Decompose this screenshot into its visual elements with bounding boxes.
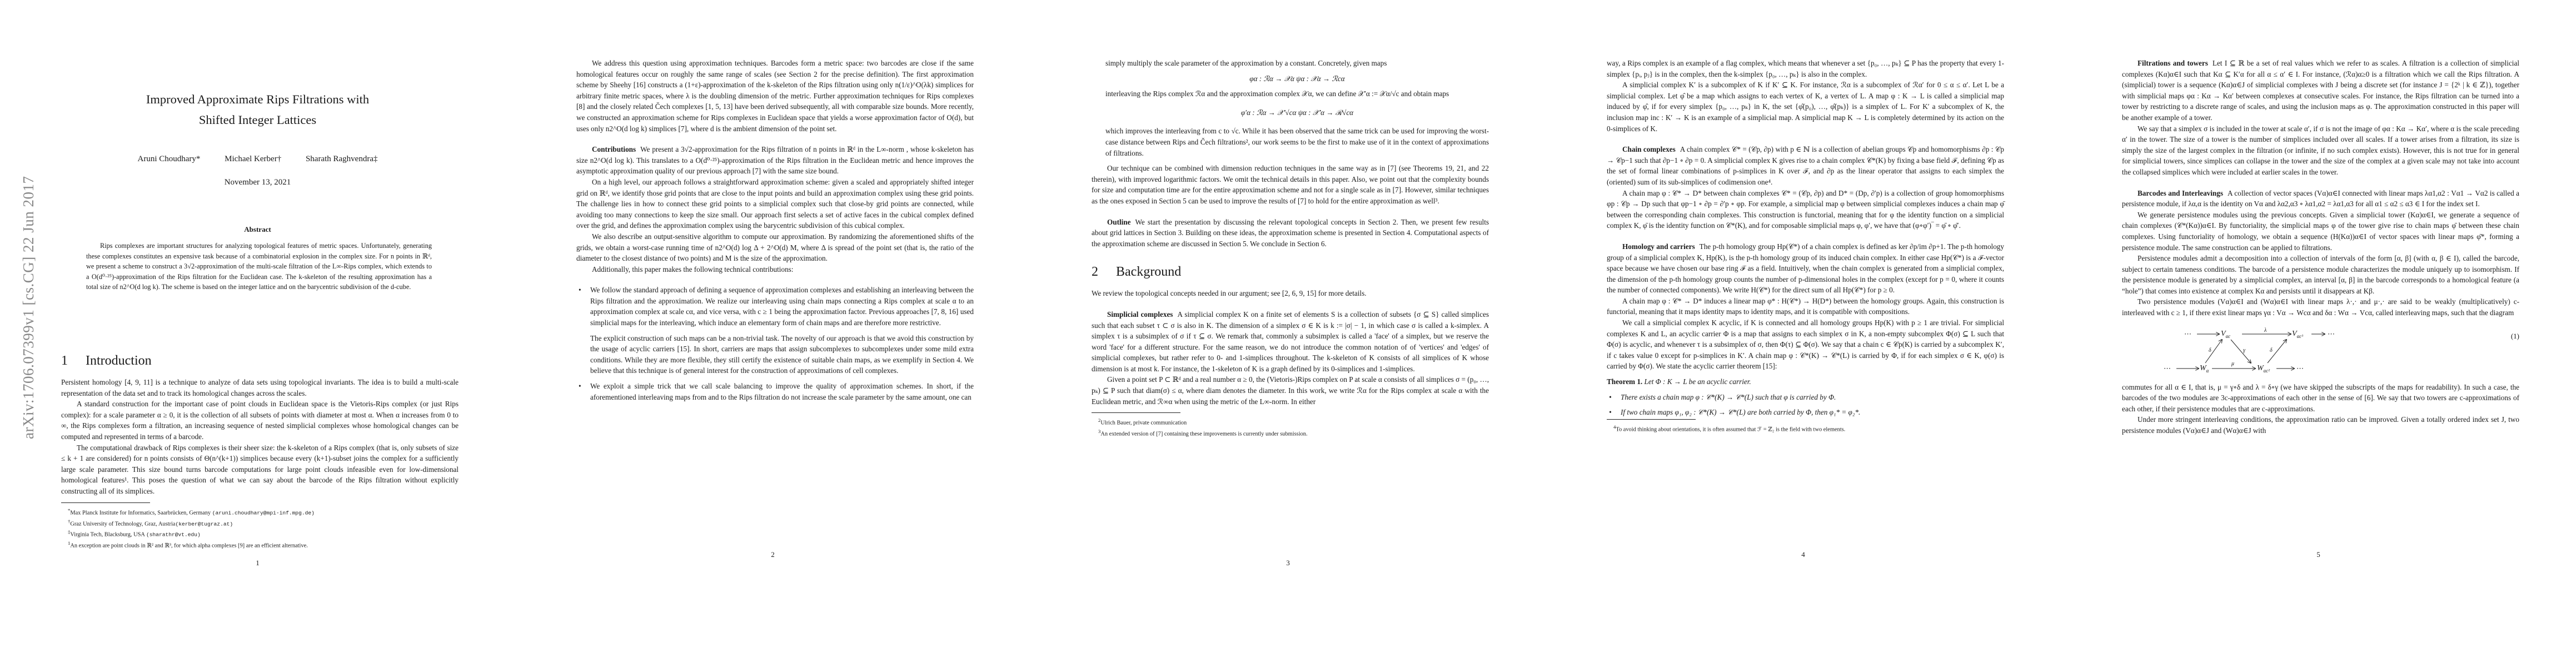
paragraph: We review the topological concepts neede… xyxy=(1092,288,1489,299)
theorem-label: Theorem 1. xyxy=(1607,377,1642,386)
title-line-2: Shifted Integer Lattices xyxy=(0,109,515,130)
paragraph: simply multiply the scale parameter of t… xyxy=(1105,58,1489,69)
paragraph-filtrations: Filtrations and towersLet I ⊆ ℝ be a set… xyxy=(2122,58,2519,123)
runin-heading: Barcodes and Interleavings xyxy=(2137,189,2223,197)
paragraph: We address this question using approxima… xyxy=(576,58,974,134)
paragraph: Persistent homology [4, 9, 11] is a tech… xyxy=(61,377,459,399)
footnote: †Graz University of Technology, Graz, Au… xyxy=(61,517,459,529)
footnote: *Max Planck Institute for Informatics, S… xyxy=(61,506,459,517)
paragraph-chain-complexes: Chain complexesA chain complex 𝒞* = (𝒞p,… xyxy=(1607,144,2004,187)
runin-heading: Contributions xyxy=(592,145,636,153)
page-2-body: We address this question using approxima… xyxy=(576,58,974,402)
diagram-node-w-a: Wα xyxy=(2200,363,2209,376)
section-number: 2 xyxy=(1092,263,1116,280)
paragraph: We generate persistence modules using th… xyxy=(2122,210,2519,253)
diagram-node-v-ac: Vαc xyxy=(2221,328,2230,342)
paragraph-outline: OutlineWe start the presentation by disc… xyxy=(1092,217,1489,250)
email-link[interactable]: (aruni.choudhary@mpi-inf.mpg.de) xyxy=(212,510,315,516)
abstract-text: Rips complexes are important structures … xyxy=(86,241,432,292)
paragraph: Our technique can be combined with dimen… xyxy=(1092,163,1489,206)
paragraph-contributions: ContributionsWe present a 3√2-approximat… xyxy=(576,144,974,177)
runin-heading: Simplicial complexes xyxy=(1107,310,1173,318)
page-4-body: way, a Rips complex is an example of a f… xyxy=(1607,58,2004,434)
runin-heading: Chain complexes xyxy=(1622,145,1676,153)
diagram-dots: ⋯ xyxy=(2328,328,2335,340)
paragraph: We also describe an output-sensitive alg… xyxy=(576,231,974,264)
footnote-rule xyxy=(61,502,150,503)
title-line-1: Improved Approximate Rips Filtrations wi… xyxy=(0,89,515,109)
paragraph: which improves the interleaving from c t… xyxy=(1105,126,1489,158)
paragraph-homology: Homology and carriersThe p-th homology g… xyxy=(1607,241,2004,296)
paragraph-simplicial: Simplicial complexesA simplicial complex… xyxy=(1092,309,1489,375)
footnote-rule xyxy=(1092,412,1180,413)
paragraph: Given a point set P ⊂ ℝᵈ and a real numb… xyxy=(1092,374,1489,407)
paragraph-barcodes: Barcodes and InterleavingsA collection o… xyxy=(2122,188,2519,210)
equation: φ′α : ℛα → 𝒳′√cα ψα : 𝒳′α → ℛ√cα xyxy=(1105,107,1489,118)
diagram-dots: ⋯ xyxy=(2184,328,2191,340)
author-list: Aruni Choudhary* Michael Kerber† Sharath… xyxy=(0,155,515,164)
paragraph: On a high level, our approach follows a … xyxy=(576,177,974,231)
page-number: 3 xyxy=(1030,559,1546,568)
footnote: 4To avoid thinking about orientations, i… xyxy=(1607,423,2004,434)
email-link[interactable]: (kerber@tugraz.at) xyxy=(175,521,233,527)
page-3-body: simply multiply the scale parameter of t… xyxy=(1092,58,1489,439)
section-heading-introduction: 1Introduction xyxy=(61,352,459,369)
paragraph: We say that a simplex σ is included in t… xyxy=(2122,123,2519,178)
paragraph: The computational drawback of Rips compl… xyxy=(61,442,459,497)
diagram-label-mu: μ xyxy=(2231,359,2234,370)
section-number: 1 xyxy=(61,352,86,369)
paragraph: A chain map φ : 𝒞* → D* between chain co… xyxy=(1607,188,2004,231)
bullet-item: We exploit a simple trick that we call s… xyxy=(576,381,974,402)
interleaving-diagram: ⋯ Vαc λ Vαc³ ⋯ δ γ δ ⋯ Wα μ Wαc² ⋯ (1) xyxy=(2122,326,2519,376)
diagram-label-lambda: λ xyxy=(2264,325,2266,336)
paper-title: Improved Approximate Rips Filtrations wi… xyxy=(0,89,515,130)
page-1: arXiv:1706.07399v1 [cs.CG] 22 Jun 2017 I… xyxy=(0,0,515,667)
footnote-rule xyxy=(1607,419,1696,420)
page-number: 5 xyxy=(2061,550,2576,559)
page-number: 2 xyxy=(515,550,1030,559)
diagram-dots: ⋯ xyxy=(2296,363,2304,374)
arxiv-stamp: arXiv:1706.07399v1 [cs.CG] 22 Jun 2017 xyxy=(2,0,19,439)
page-5: Filtrations and towersLet I ⊆ ℝ be a set… xyxy=(2061,0,2576,667)
diagram-label-gamma: γ xyxy=(2243,345,2245,356)
section-heading-background: 2Background xyxy=(1092,263,1489,280)
theorem-bullet: If two chain maps φ₁, φ₂ : 𝒞*(K) → 𝒞*(L)… xyxy=(1607,407,2004,418)
section-title: Introduction xyxy=(86,354,152,368)
bullet-continuation: The explicit construction of such maps c… xyxy=(576,333,974,376)
page-number: 4 xyxy=(1546,550,2061,559)
paragraph: A simplicial complex K′ is a subcomplex … xyxy=(1607,79,2004,134)
author: Michael Kerber† xyxy=(225,155,281,163)
runin-heading: Homology and carriers xyxy=(1622,242,1695,251)
theorem: Theorem 1. Let Φ : K → L be an acyclic c… xyxy=(1607,376,2004,387)
page-1-body: 1Introduction Persistent homology [4, 9,… xyxy=(61,340,459,550)
diagram-dots: ⋯ xyxy=(2164,363,2171,374)
footnote: 3An extended version of [7] containing t… xyxy=(1092,427,1489,439)
footnote: 1An exception are point clouds in ℝ² and… xyxy=(61,539,459,550)
equation-number: (1) xyxy=(2511,331,2519,342)
paragraph: Two persistence modules (Vα)α∈I and (Wα)… xyxy=(2122,296,2519,318)
author: Aruni Choudhary* xyxy=(138,155,201,163)
diagram-label-delta: δ xyxy=(2270,345,2273,356)
page-4: way, a Rips complex is an example of a f… xyxy=(1546,0,2061,667)
runin-heading: Filtrations and towers xyxy=(2137,59,2208,67)
paragraph: A standard construction for the importan… xyxy=(61,399,459,442)
diagram-node-v-ac3: Vαc³ xyxy=(2292,328,2303,342)
page-number: 1 xyxy=(0,559,515,568)
paragraph: way, a Rips complex is an example of a f… xyxy=(1607,58,2004,79)
runin-heading: Outline xyxy=(1107,218,1131,226)
paragraph: commutes for all α ∈ I, that is, μ = γ∘δ… xyxy=(2122,382,2519,415)
equation: φα : ℛα → 𝒳α ψα : 𝒳α → ℛcα xyxy=(1105,73,1489,84)
diagram-node-w-ac2: Wαc² xyxy=(2257,363,2270,376)
arxiv-identifier: arXiv:1706.07399v1 [cs.CG] 22 Jun 2017 xyxy=(20,176,37,439)
paragraph: We call a simplicial complex K acyclic, … xyxy=(1607,317,2004,372)
diagram-label-delta: δ xyxy=(2209,345,2211,356)
paragraph: Under more stringent interleaving condit… xyxy=(2122,414,2519,436)
paper-date: November 13, 2021 xyxy=(0,178,515,187)
footnote: ‡Virginia Tech, Blacksburg, USA (sharath… xyxy=(61,528,459,539)
paragraph: Persistence modules admit a decompositio… xyxy=(2122,253,2519,296)
page-2: We address this question using approxima… xyxy=(515,0,1030,667)
author: Sharath Raghvendra‡ xyxy=(306,155,378,163)
paragraph: Additionally, this paper makes the follo… xyxy=(576,264,974,275)
footnote: 2Ulrich Bauer, private communication xyxy=(1092,416,1489,427)
theorem-bullet: There exists a chain map φ : 𝒞*(K) → 𝒞*(… xyxy=(1607,392,2004,403)
pdf-spread: arXiv:1706.07399v1 [cs.CG] 22 Jun 2017 I… xyxy=(0,0,2576,667)
paragraph: interleaving the Rips complex ℛα and the… xyxy=(1105,88,1489,99)
paragraph: A chain map φ : 𝒞* → D* induces a linear… xyxy=(1607,296,2004,317)
abstract-heading: Abstract xyxy=(0,225,515,234)
page-3: simply multiply the scale parameter of t… xyxy=(1030,0,1546,667)
bullet-item: We follow the standard approach of defin… xyxy=(576,285,974,328)
email-link[interactable]: (sharathr@vt.edu) xyxy=(146,532,201,538)
diagram-arrows xyxy=(2122,326,2519,376)
section-title: Background xyxy=(1116,265,1181,279)
page-5-body: Filtrations and towersLet I ⊆ ℝ be a set… xyxy=(2122,58,2519,436)
